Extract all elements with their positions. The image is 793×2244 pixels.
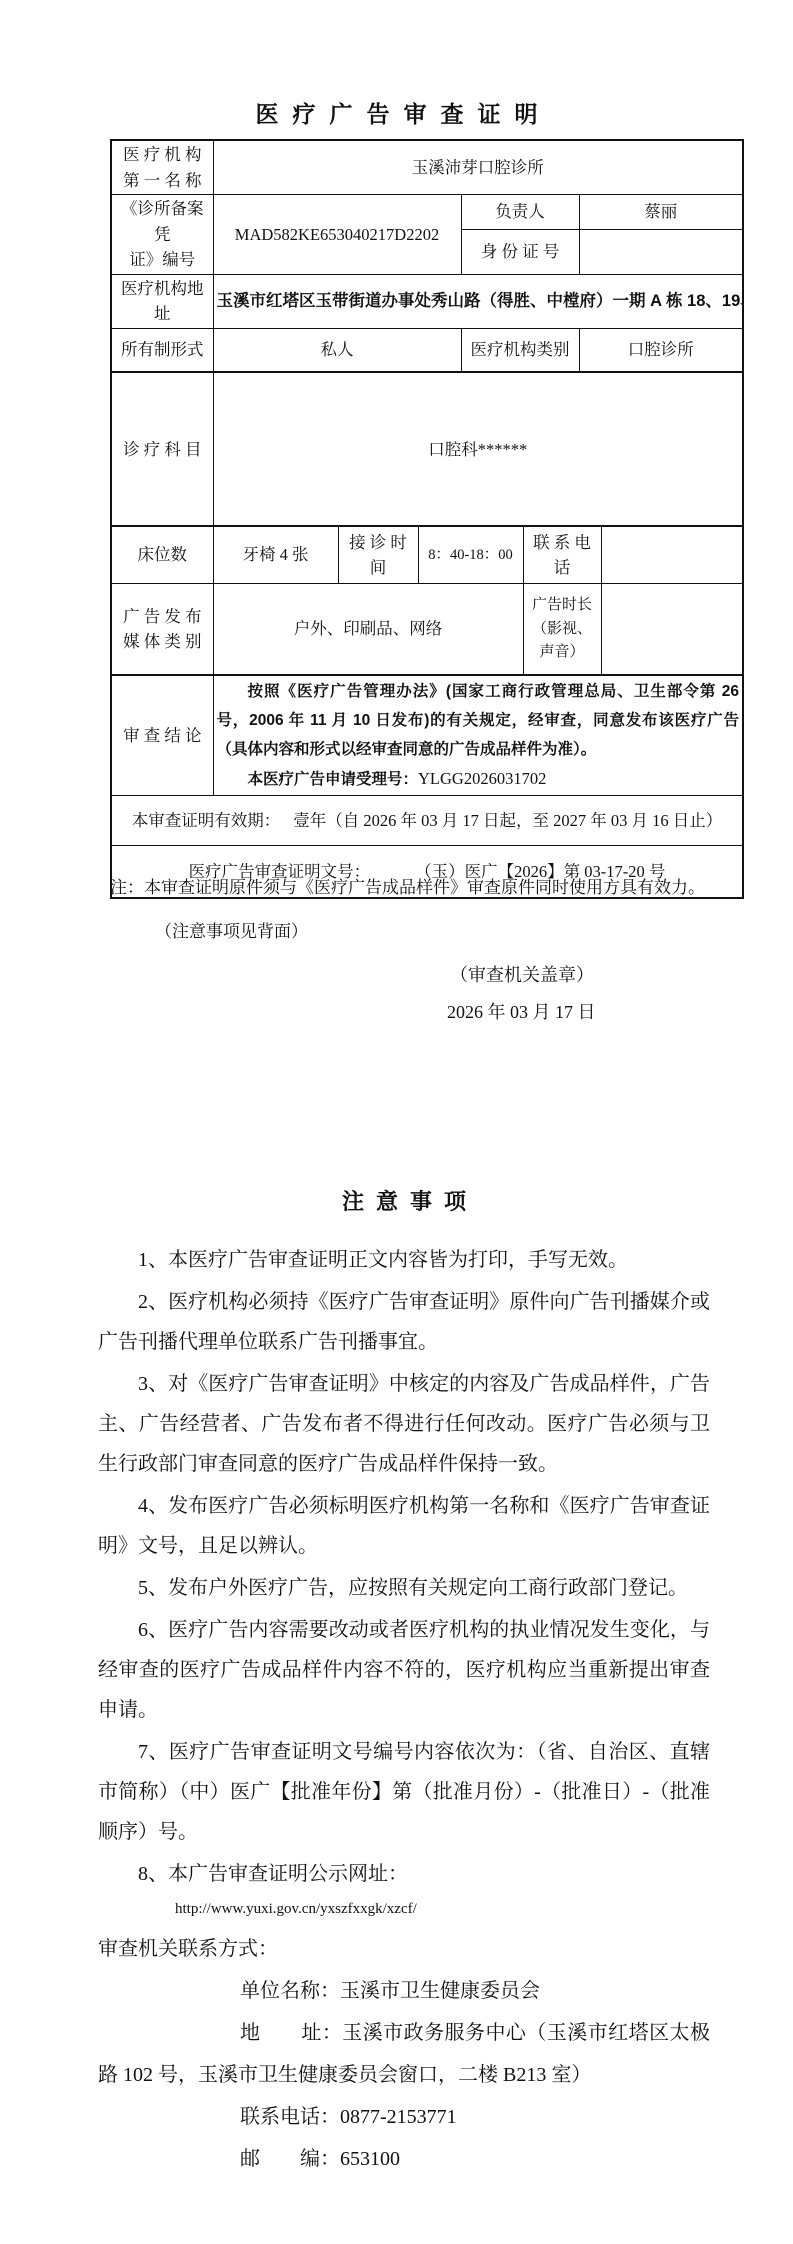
notice-item-2: 2、医疗机构必须持《医疗广告审查证明》原件向广告刊播媒介或广告刊播代理单位联系广… <box>98 1282 710 1362</box>
principal-label: 负责人 <box>461 195 579 230</box>
beds-label: 床位数 <box>111 526 213 583</box>
row-validity: 本审查证明有效期：壹年（自 2026 年 03 月 17 日起，至 2027 年… <box>111 796 743 846</box>
duration-value <box>601 583 743 675</box>
contact-address: 地 址：玉溪市政务服务中心（玉溪市红塔区太极路 102 号，玉溪市卫生健康委员会… <box>98 2012 710 2096</box>
row-ownership: 所有制形式 私人 医疗机构类别 口腔诊所 <box>111 328 743 372</box>
principal-value: 蔡丽 <box>579 195 743 230</box>
row-registration: 《诊所备案凭 证》编号 MAD582KE653040217D2202 负责人 蔡… <box>111 195 743 230</box>
departments-value: 口腔科****** <box>213 372 743 526</box>
notice-item-3: 3、对《医疗广告审查证明》中核定的内容及广告成品样件，广告主、广告经营者、广告发… <box>98 1364 710 1484</box>
row-media: 广 告 发 布 媒 体 类 别 户外、印刷品、网络 广告时长 （影视、 声音） <box>111 583 743 675</box>
notice-item-1: 1、本医疗广告审查证明正文内容皆为打印，手写无效。 <box>98 1240 710 1280</box>
address-label: 医疗机构地址 <box>111 274 213 328</box>
id-number-label: 身 份 证 号 <box>461 229 579 274</box>
seal-placeholder: （审查机关盖章） <box>450 963 594 988</box>
notice-item-5: 5、发布户外医疗广告，应按照有关规定向工商行政部门登记。 <box>98 1568 710 1608</box>
notice-title: 注意事项 <box>98 1185 710 1216</box>
id-number-value <box>579 229 743 274</box>
row-beds: 床位数 牙椅 4 张 接 诊 时 间 8：40-18：00 联 系 电 话 <box>111 526 743 583</box>
validity-value: 壹年（自 2026 年 03 月 17 日起，至 2027 年 03 月 16 … <box>293 811 722 830</box>
media-value: 户外、印刷品、网络 <box>213 583 523 675</box>
row-org-name: 医 疗 机 构 第 一 名 称 玉溪沛芽口腔诊所 <box>111 140 743 195</box>
phone-label: 联 系 电 话 <box>523 526 601 583</box>
conclusion-cell: 按照《医疗广告管理办法》(国家工商行政管理总局、卫生部令第 26 号，2006 … <box>213 675 743 796</box>
contact-unit: 单位名称：玉溪市卫生健康委员会 <box>98 1970 710 2012</box>
registration-value: MAD582KE653040217D2202 <box>213 195 461 275</box>
row-conclusion: 审 查 结 论 按照《医疗广告管理办法》(国家工商行政管理总局、卫生部令第 26… <box>111 675 743 796</box>
conclusion-label: 审 查 结 论 <box>111 675 213 796</box>
org-category-value: 口腔诊所 <box>579 328 743 372</box>
media-label: 广 告 发 布 媒 体 类 别 <box>111 583 213 675</box>
beds-value: 牙椅 4 张 <box>213 526 338 583</box>
notice-item-7: 7、医疗广告审查证明文号编号内容依次为：（省、自治区、直辖市简称）（中）医广【批… <box>98 1732 710 1852</box>
original-use-note: 注：本审查证明原件须与《医疗广告成品样件》审查原件同时使用方具有效力。 <box>110 876 730 900</box>
certificate-table: 医 疗 机 构 第 一 名 称 玉溪沛芽口腔诊所 《诊所备案凭 证》编号 MAD… <box>110 139 744 899</box>
notice-item-4: 4、发布医疗广告必须标明医疗机构第一名称和《医疗广告审查证明》文号，且足以辨认。 <box>98 1486 710 1566</box>
validity-label: 本审查证明有效期： <box>132 811 281 830</box>
validity-cell: 本审查证明有效期：壹年（自 2026 年 03 月 17 日起，至 2027 年… <box>111 796 743 846</box>
acceptance-line: 本医疗广告申请受理号：YLGG2026031702 <box>217 764 740 794</box>
hours-label: 接 诊 时 间 <box>338 526 418 583</box>
duration-label: 广告时长 （影视、 声音） <box>523 583 601 675</box>
notice-item-8: 8、本广告审查证明公示网址： <box>98 1854 710 1894</box>
certificate-page: 医疗广告审查证明 医 疗 机 构 第 一 名 称 玉溪沛芽口腔诊所 《诊所备案凭… <box>0 0 793 2244</box>
contact-block: 审查机关联系方式： 单位名称：玉溪市卫生健康委员会 地 址：玉溪市政务服务中心（… <box>98 1928 710 2180</box>
issue-date: 2026 年 03 月 17 日 <box>447 1000 596 1025</box>
see-back-note: （注意事项见背面） <box>155 920 308 944</box>
acceptance-label: 本医疗广告申请受理号： <box>248 771 419 788</box>
org-name-label: 医 疗 机 构 第 一 名 称 <box>111 140 213 195</box>
registration-label: 《诊所备案凭 证》编号 <box>111 195 213 275</box>
conclusion-paragraph: 按照《医疗广告管理办法》(国家工商行政管理总局、卫生部令第 26 号，2006 … <box>217 677 740 764</box>
notice-item-6: 6、医疗广告内容需要改动或者医疗机构的执业情况发生变化，与经审查的医疗广告成品样… <box>98 1610 710 1730</box>
org-category-label: 医疗机构类别 <box>461 328 579 372</box>
notice-section: 注意事项 1、本医疗广告审查证明正文内容皆为打印，手写无效。 2、医疗机构必须持… <box>98 1185 710 2180</box>
hours-value: 8：40-18：00 <box>418 526 523 583</box>
ownership-label: 所有制形式 <box>111 328 213 372</box>
contact-postcode: 邮 编：653100 <box>98 2138 710 2180</box>
acceptance-number: YLGG2026031702 <box>418 769 546 788</box>
address-value: 玉溪市红塔区玉带街道办事处秀山路（得胜、中樘府）一期 A 栋 18、19、20、… <box>213 274 743 328</box>
contact-heading: 审查机关联系方式： <box>98 1928 710 1970</box>
row-departments: 诊 疗 科 目 口腔科****** <box>111 372 743 526</box>
page-title: 医疗广告审查证明 <box>0 96 793 129</box>
phone-value <box>601 526 743 583</box>
ownership-value: 私人 <box>213 328 461 372</box>
publicity-url: http://www.yuxi.gov.cn/yxszfxxgk/xzcf/ <box>98 1896 710 1922</box>
org-name-value: 玉溪沛芽口腔诊所 <box>213 140 743 195</box>
row-address: 医疗机构地址 玉溪市红塔区玉带街道办事处秀山路（得胜、中樘府）一期 A 栋 18… <box>111 274 743 328</box>
contact-phone: 联系电话：0877-2153771 <box>98 2096 710 2138</box>
departments-label: 诊 疗 科 目 <box>111 372 213 526</box>
